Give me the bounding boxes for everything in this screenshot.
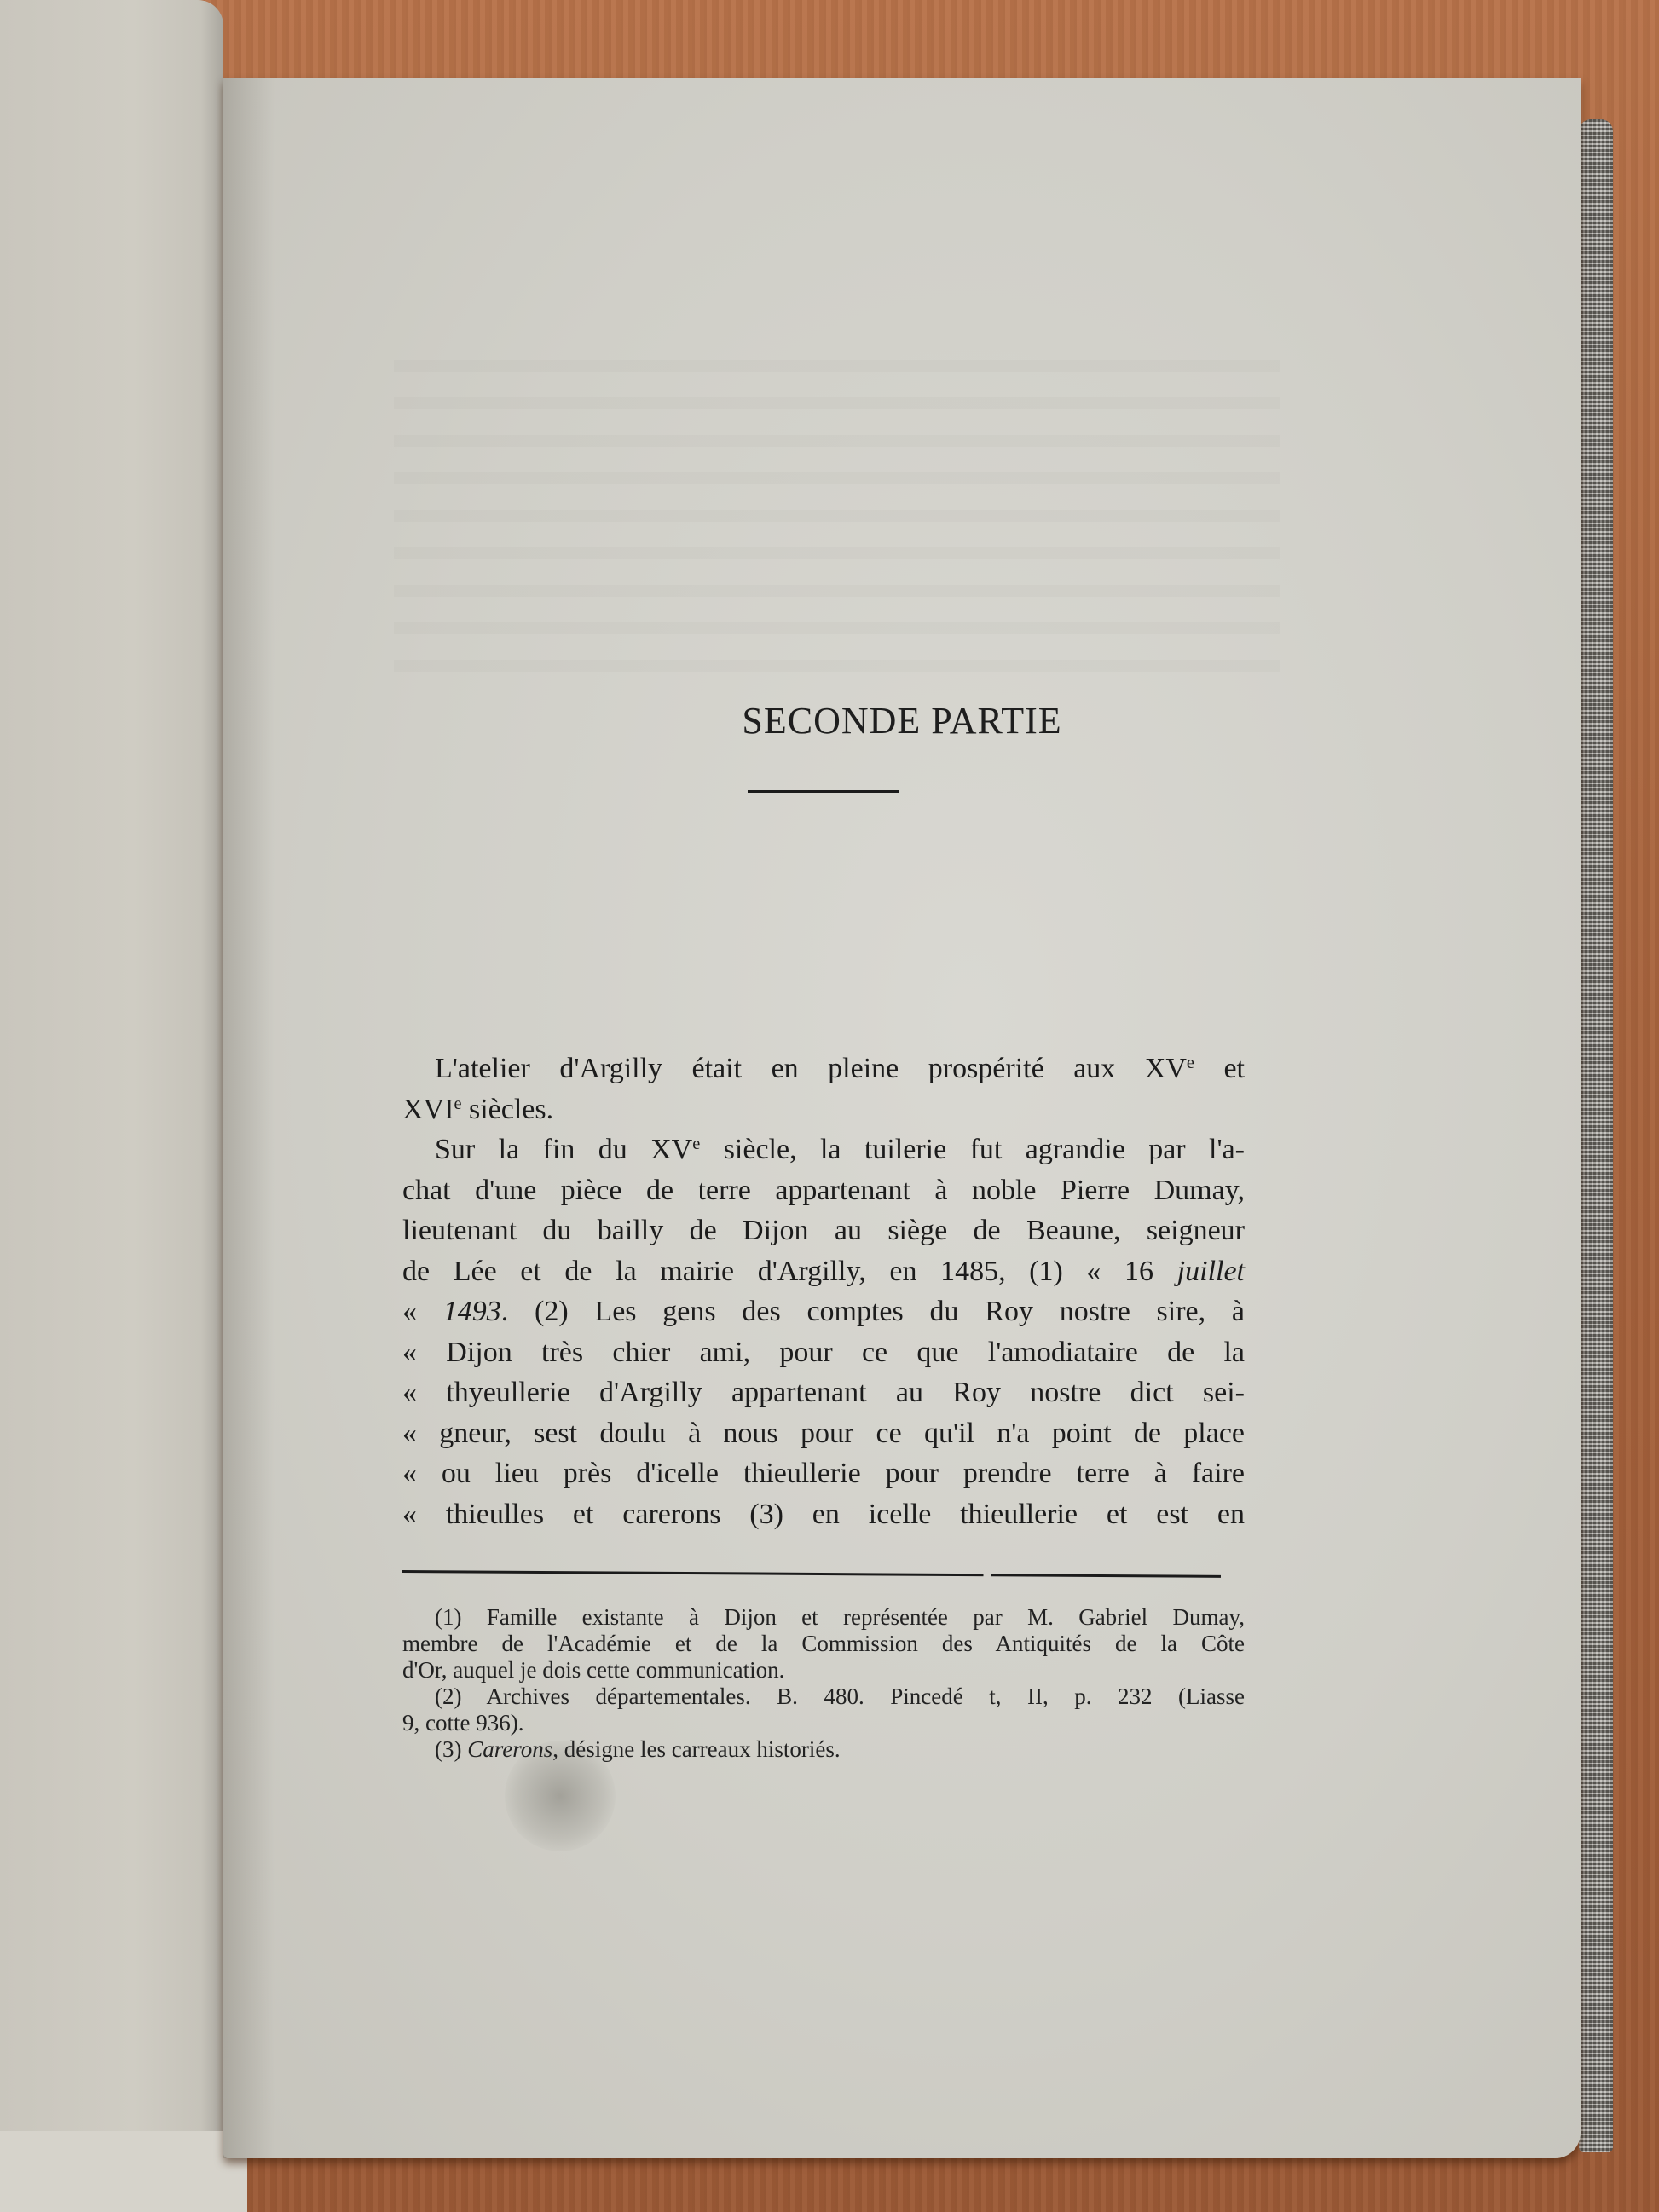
body-line: chat d'une pièce de terre appartenant à … [402, 1170, 1245, 1211]
footnote-1-line: d'Or, auquel je dois cette communication… [402, 1657, 1245, 1684]
body-text: L'atelier d'Argilly était en pleine pros… [402, 1048, 1245, 1534]
heading-rule [748, 790, 899, 793]
footnote-2-line: 9, cotte 936). [402, 1710, 1245, 1736]
body-line: de Lée et de la mairie d'Argilly, en 148… [402, 1251, 1245, 1292]
section-heading: SECONDE PARTIE [223, 699, 1581, 742]
body-line: « thyeullerie d'Argilly appartenant au R… [402, 1372, 1245, 1413]
footnote-1-line: membre de l'Académie et de la Commission… [402, 1631, 1245, 1657]
footnote-1-line: (1) Famille existante à Dijon et représe… [402, 1604, 1245, 1631]
body-line: lieutenant du bailly de Dijon au siège d… [402, 1210, 1245, 1251]
book-page: SECONDE PARTIE L'atelier d'Argilly était… [223, 78, 1581, 2158]
body-line: Sur la fin du XVe siècle, la tuilerie fu… [402, 1129, 1245, 1170]
body-line: XVIe siècles. [402, 1089, 1245, 1130]
cloth-book-spine [1579, 119, 1613, 2152]
facing-left-page [0, 0, 223, 2212]
body-line: « Dijon très chier ami, pour ce que l'am… [402, 1332, 1245, 1373]
gutter-shadow [223, 78, 275, 2158]
show-through-text [394, 334, 1280, 692]
body-line: « ou lieu près d'icelle thieullerie pour… [402, 1453, 1245, 1494]
facing-left-page-bottom [0, 2131, 247, 2212]
body-line: « gneur, sest doulu à nous pour ce qu'il… [402, 1413, 1245, 1454]
body-line: « 1493. (2) Les gens des comptes du Roy … [402, 1291, 1245, 1332]
footnote-2-line: (2) Archives départementales. B. 480. Pi… [402, 1684, 1245, 1710]
footnotes: (1) Famille existante à Dijon et représe… [402, 1604, 1245, 1763]
footnote-separator [402, 1570, 1221, 1578]
body-line: L'atelier d'Argilly était en pleine pros… [402, 1048, 1245, 1089]
body-line: « thieulles et carerons (3) en icelle th… [402, 1494, 1245, 1535]
footnote-3-line: (3) Carerons, désigne les carreaux histo… [402, 1736, 1245, 1763]
